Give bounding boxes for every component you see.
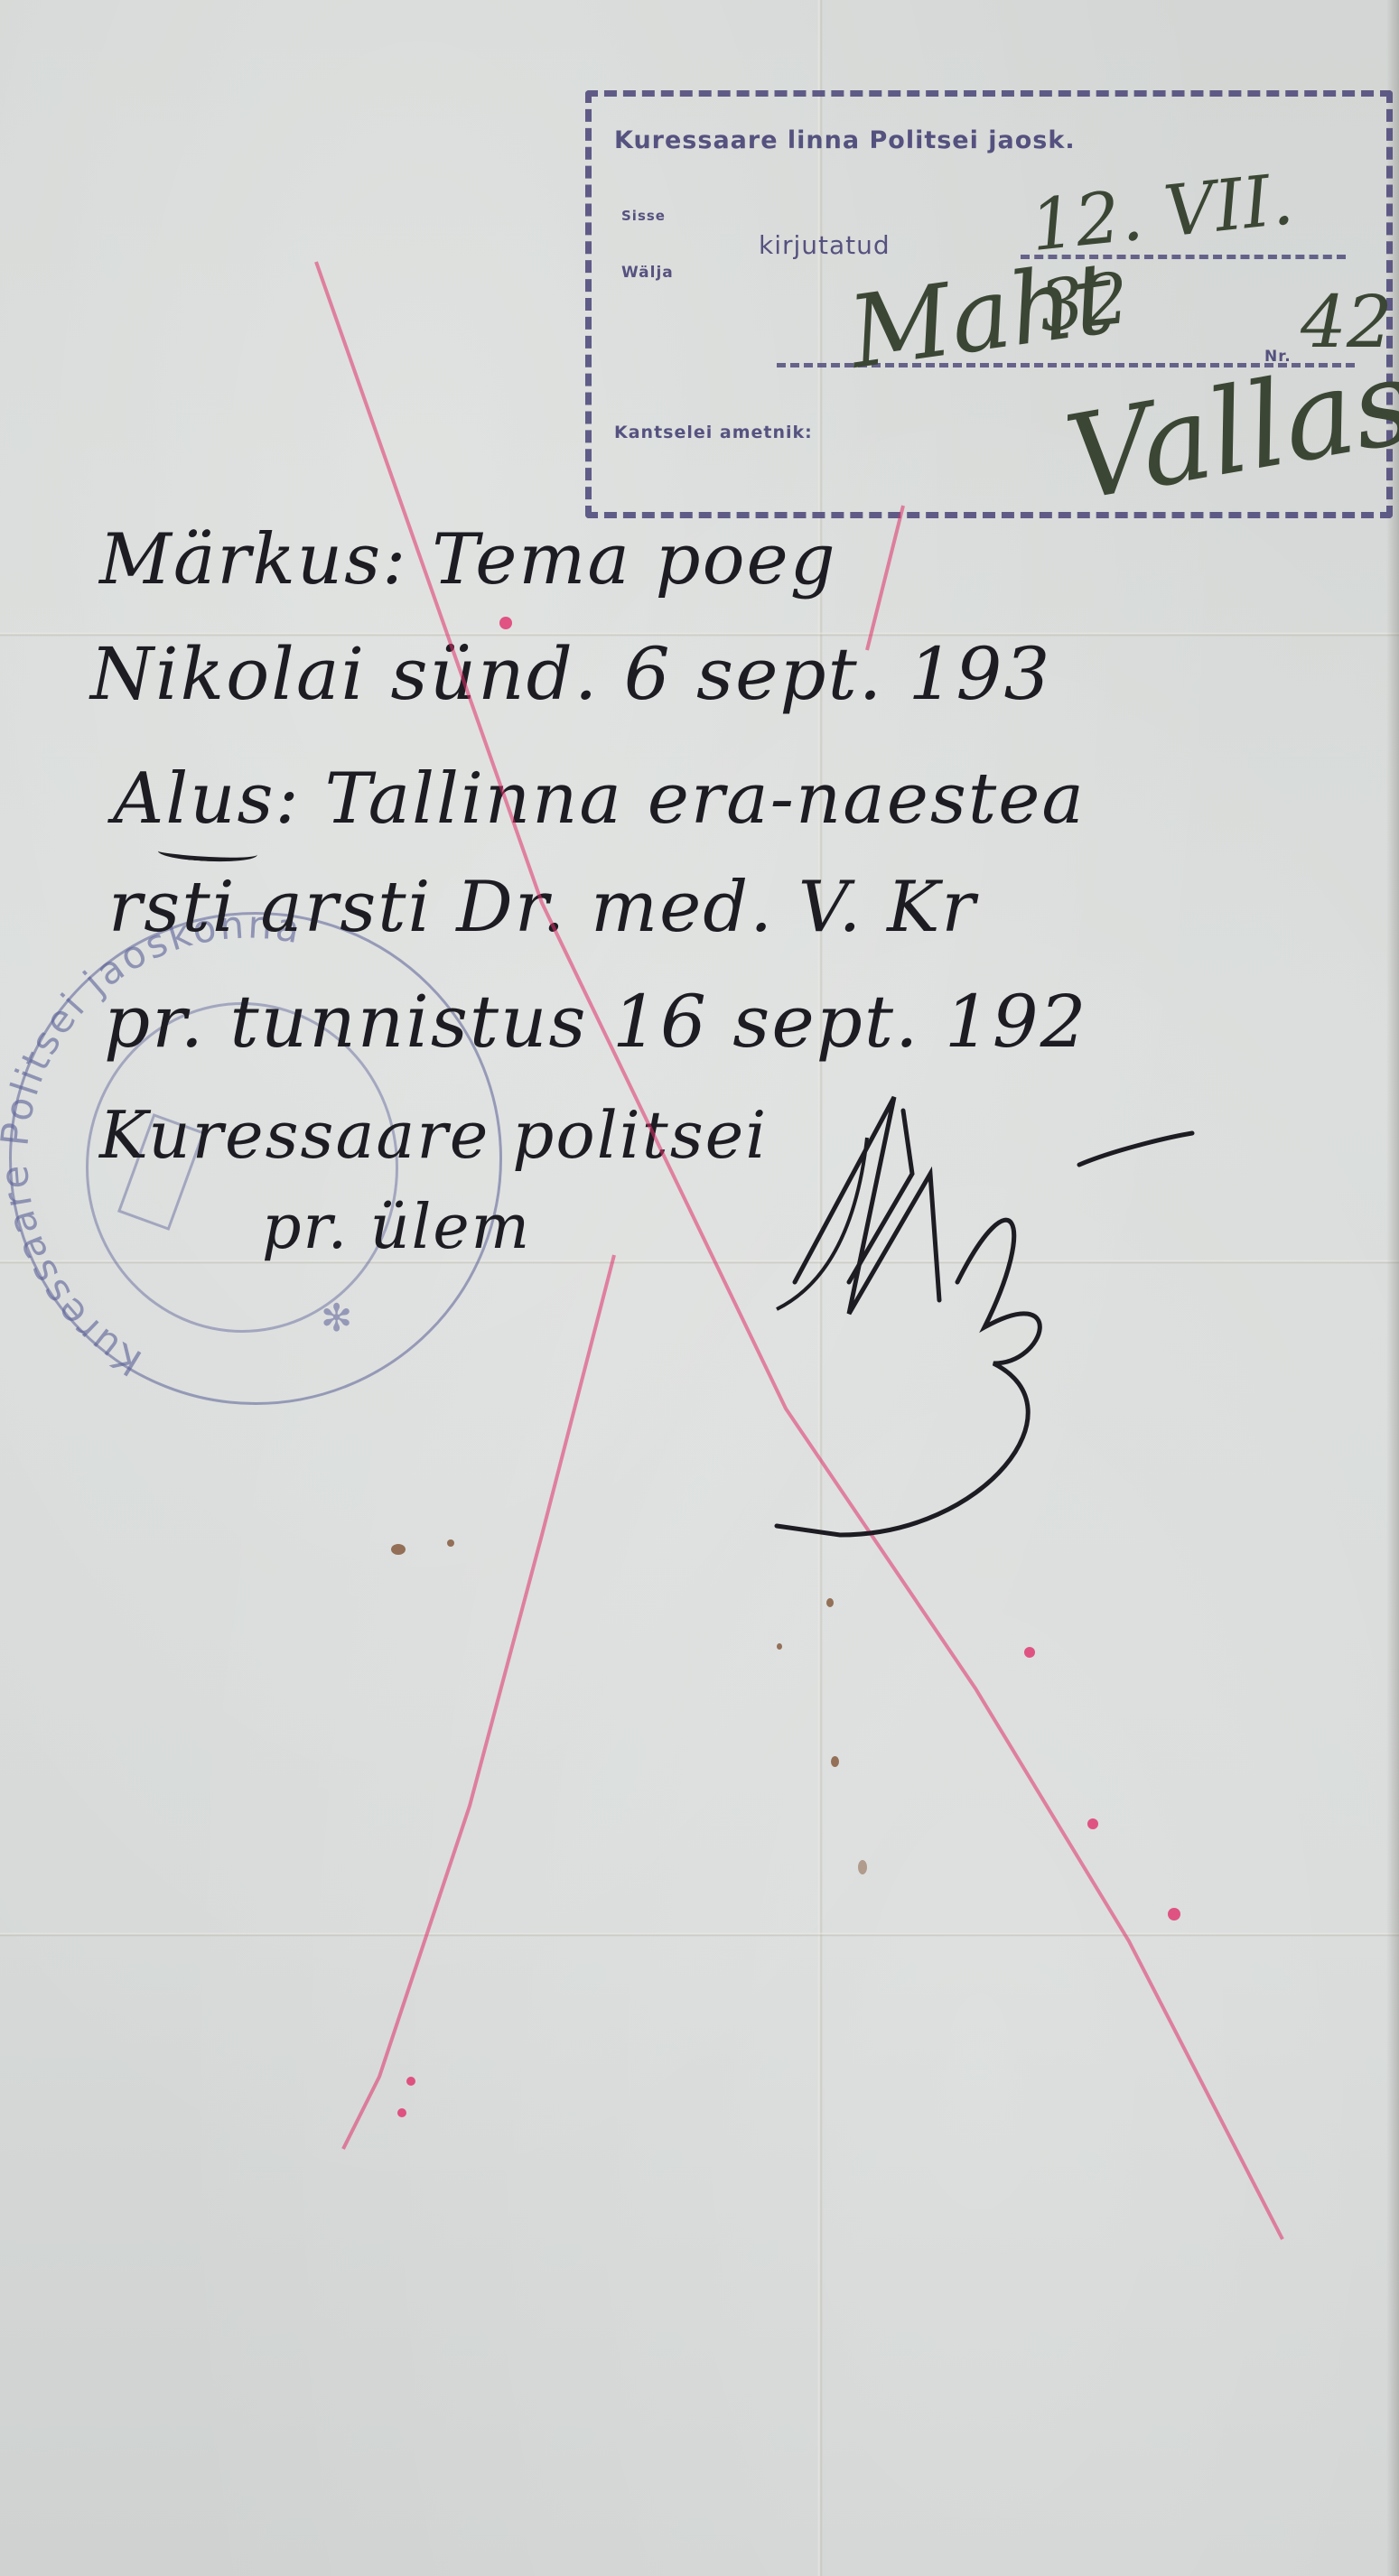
rust-spot xyxy=(447,1539,454,1547)
rust-spot xyxy=(391,1544,406,1555)
rust-spot xyxy=(858,1860,867,1874)
rust-spot xyxy=(826,1598,834,1607)
chief-signature xyxy=(777,1097,1192,1535)
rust-spot xyxy=(831,1756,839,1767)
rust-spot xyxy=(777,1643,782,1650)
red-pencil-crossout xyxy=(316,262,1282,2239)
ink-strokes xyxy=(0,0,1399,2576)
